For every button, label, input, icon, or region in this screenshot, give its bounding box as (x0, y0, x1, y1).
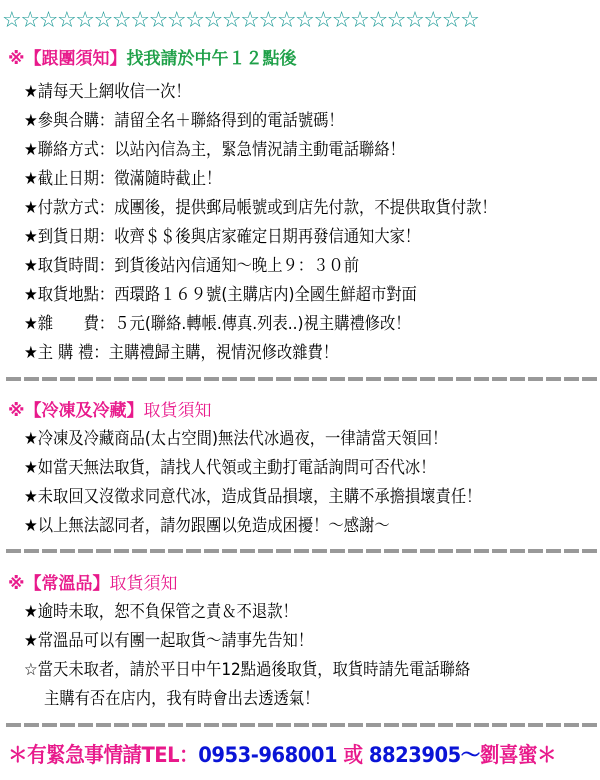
rule-item: ★付款方式：成團後，提供郵局帳號或到店先付款，不提供取貨付款！ (24, 197, 497, 219)
rule-item: ★取貨時間：到貨後站內信通知～晚上９：３０前 (24, 255, 359, 277)
rule-item-continuation: 主購有否在店内，我有時會出去透透氣！ (44, 688, 319, 710)
reference-mark-icon: ※ (8, 574, 25, 594)
section-subtitle: 取貨須知 (110, 574, 178, 594)
reference-mark-icon: ※ (8, 401, 25, 421)
dashed-divider (6, 377, 598, 381)
rule-item: ★如當天無法取貨，請找人代領或主動打電話詢問可否代冰！ (24, 457, 436, 479)
section-title: 【常溫品】 (25, 574, 110, 594)
rule-item: ★冷凍及冷藏商品(太占空間)無法代冰過夜，一律請當天領回！ (24, 428, 447, 450)
dashed-divider (6, 549, 598, 553)
star-border-row: ☆☆☆☆☆☆☆☆☆☆☆☆☆☆☆☆☆☆☆☆☆☆☆☆☆☆ (2, 8, 600, 34)
dashed-divider (6, 723, 598, 727)
reference-mark-icon: ※ (8, 49, 25, 69)
section-heading-frozen: ※【冷凍及冷藏】取貨須知 (8, 400, 212, 422)
rule-item: ★主 購 禮：主購禮歸主購，視情況修改雜費！ (24, 342, 338, 364)
contact-or: 或 (337, 743, 369, 767)
rule-item: ★取貨地點：西環路１６９號(主購店内)全國生鮮超市對面 (24, 284, 417, 306)
section-heading-group-rules: ※【跟團須知】找我請於中午１２點後 (8, 48, 297, 70)
emergency-contact-line: ＊有緊急事情請TEL：0953-968001 或 8823905～劉喜蜜＊ (8, 741, 556, 769)
section-heading-room-temp: ※【常溫品】取貨須知 (8, 573, 178, 595)
rule-item: ★常溫品可以有團一起取貨～請事先告知！ (24, 630, 313, 652)
contact-phone-landline: 8823905～ (369, 743, 480, 767)
rule-item: ★聯絡方式：以站內信為主，緊急情況請主動電話聯絡！ (24, 139, 405, 161)
rule-item: ★截止日期：徵滿隨時截止！ (24, 168, 221, 190)
rule-item: ★參與合購：請留全名＋聯絡得到的電話號碼！ (24, 110, 344, 132)
contact-prefix: ＊有緊急事情請TEL： (8, 743, 198, 767)
rule-item: ★以上無法認同者，請勿跟團以免造成困擾！～感謝～ (24, 515, 390, 537)
section-subtitle: 找我請於中午１２點後 (127, 49, 297, 69)
rule-item: ★未取回又沒徵求同意代冰，造成貨品損壞，主購不承擔損壞責任！ (24, 486, 481, 508)
rule-item: ☆當天未取者，請於平日中午12點過後取貨，取貨時請先電話聯絡 (24, 659, 470, 681)
rule-item: ★雜 費：５元(聯絡.轉帳.傳真.列表..)視主購禮修改！ (24, 313, 411, 335)
rule-item: ★逾時未取，恕不負保管之責＆不退款！ (24, 601, 298, 623)
rule-item: ★到貨日期：收齊＄＄後與店家確定日期再發信通知大家！ (24, 226, 420, 248)
contact-name: 劉喜蜜＊ (480, 743, 556, 767)
section-title: 【跟團須知】 (25, 49, 127, 69)
section-title: 【冷凍及冷藏】 (25, 401, 144, 421)
contact-phone-mobile: 0953-968001 (198, 743, 337, 767)
section-subtitle: 取貨須知 (144, 401, 212, 421)
rule-item: ★請每天上網收信一次！ (24, 81, 191, 103)
